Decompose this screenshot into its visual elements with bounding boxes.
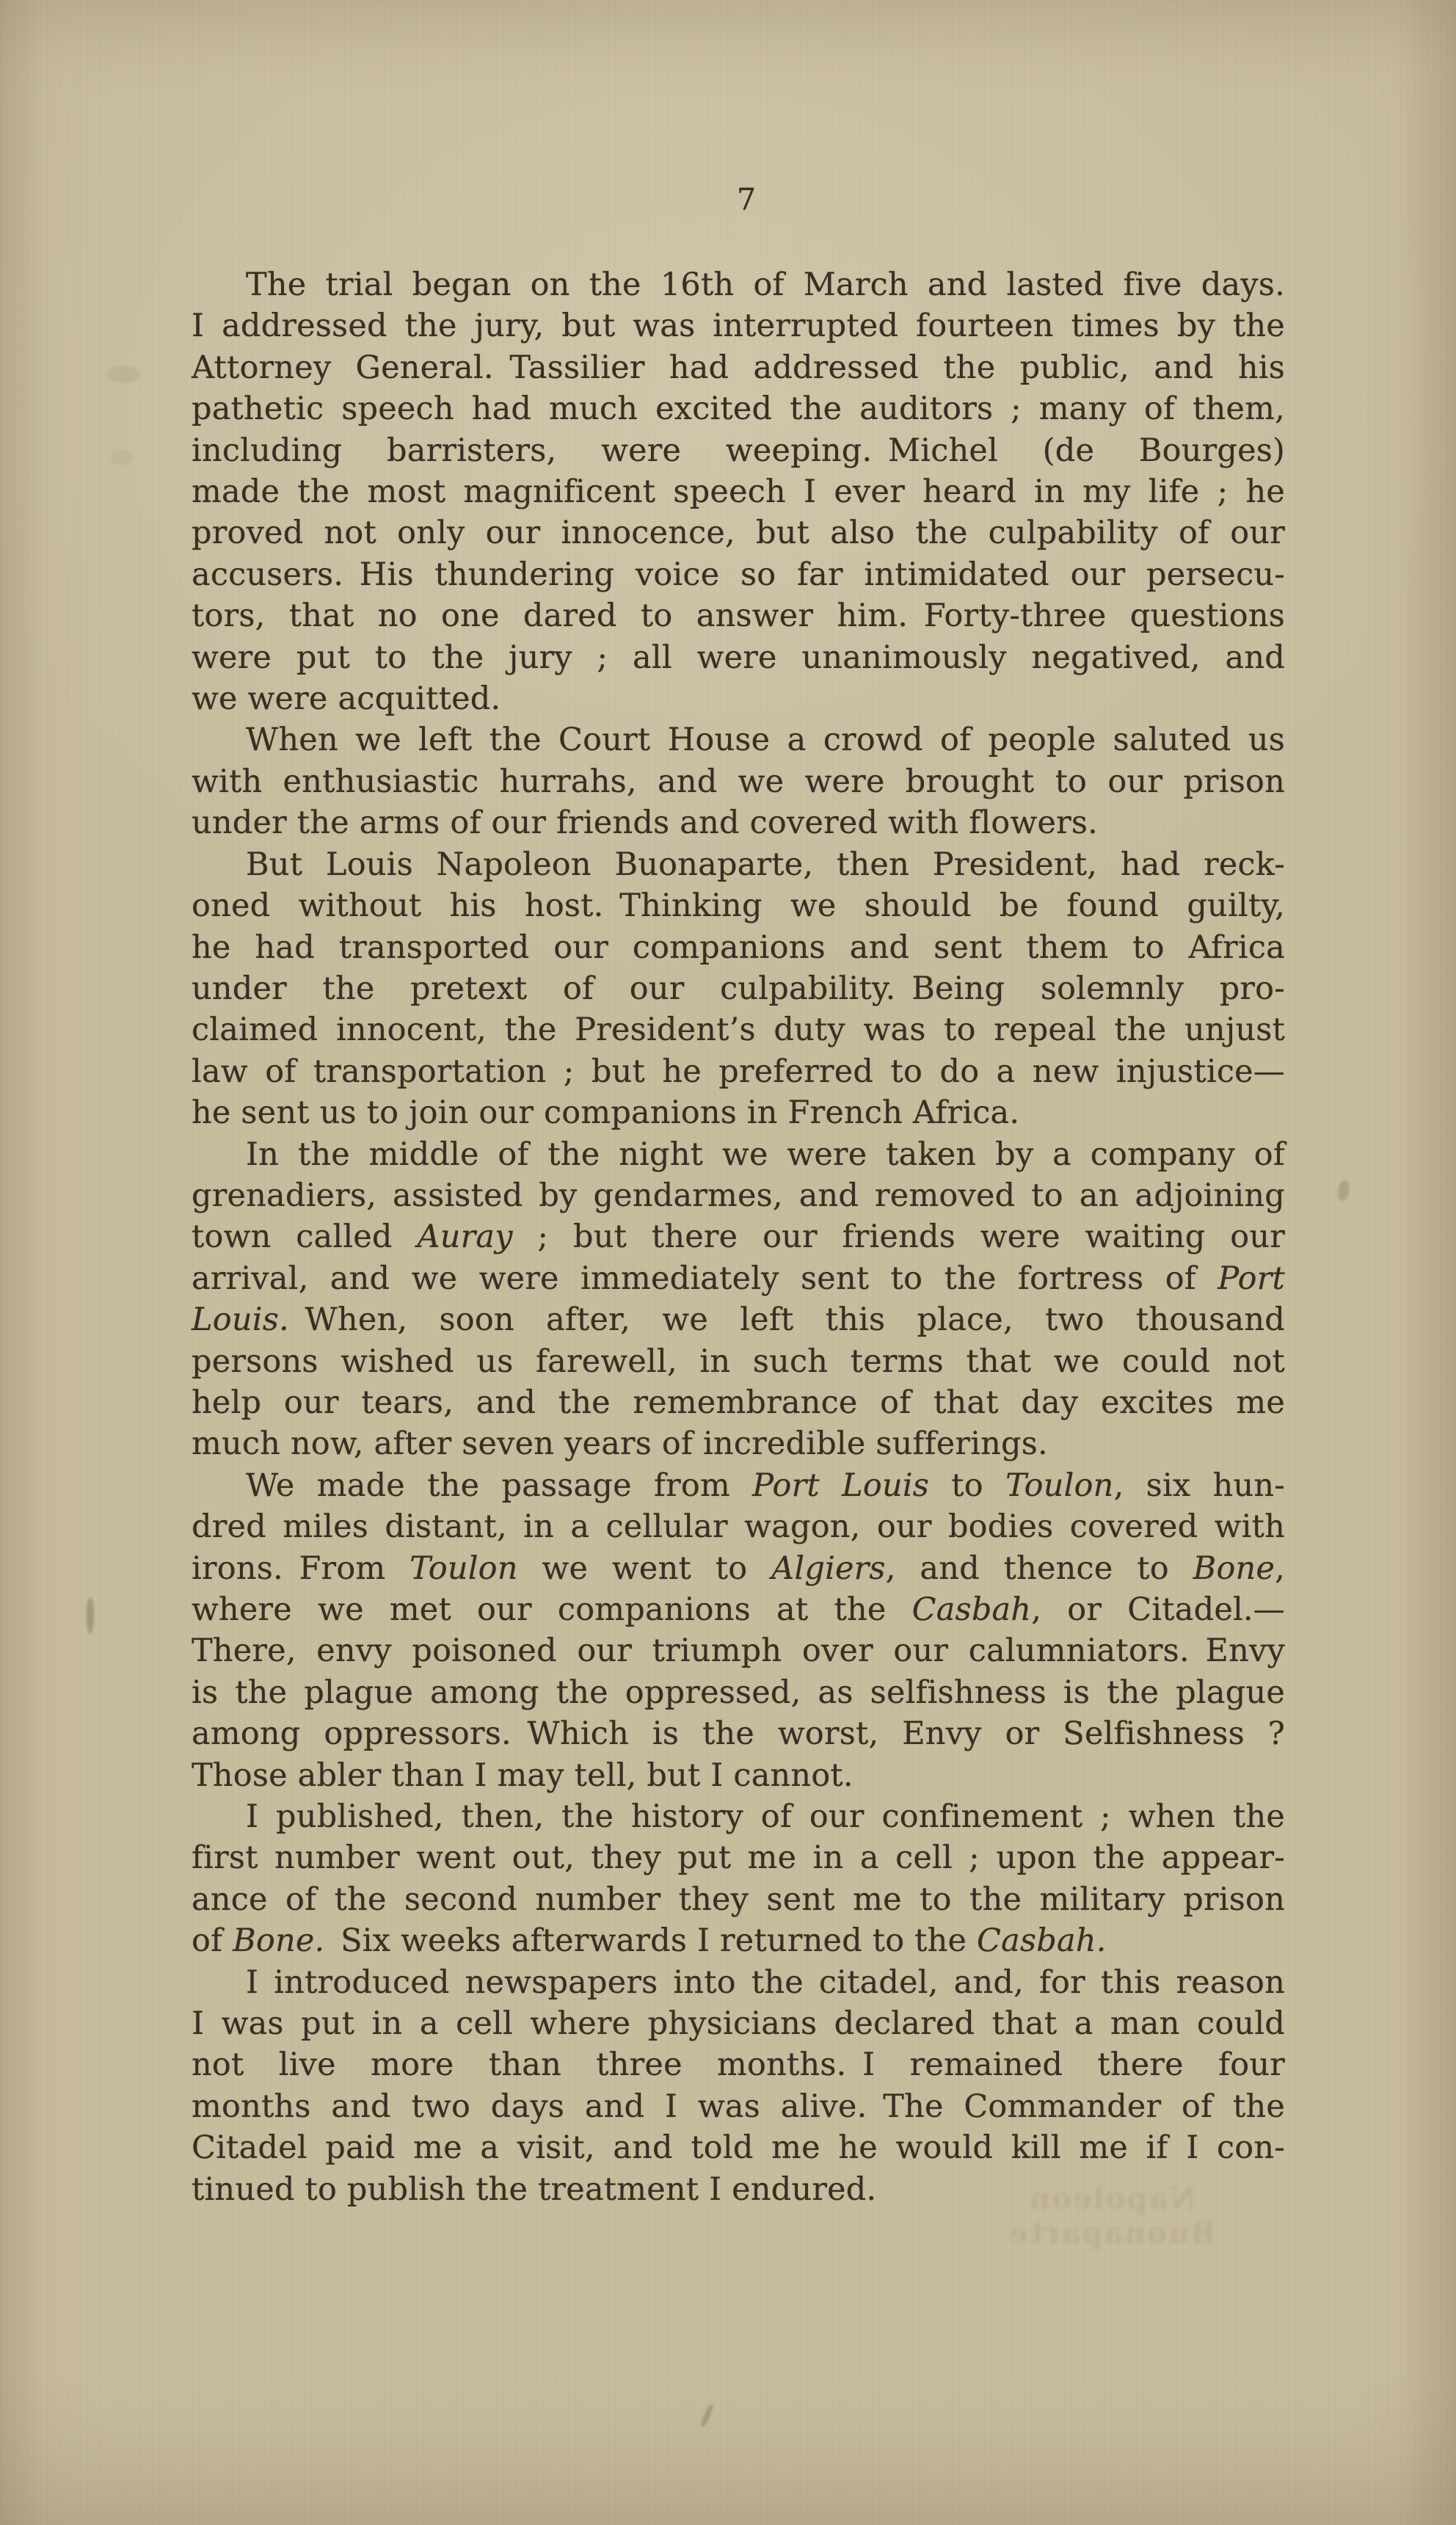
text-segment: of: [192, 1922, 233, 1959]
text-segment: made the most magnificent speech I ever …: [192, 473, 1285, 510]
text-line: We made the passage from Port Louis to T…: [192, 1465, 1285, 1506]
text-segment: , and thence to: [886, 1550, 1193, 1587]
text-line: Citadel paid me a visit, and told me he …: [192, 2127, 1285, 2168]
text-segment: tinued to publish the treatment I endure…: [192, 2171, 876, 2208]
paragraph: But Louis Napoleon Buonaparte, then Pres…: [192, 844, 1285, 1134]
italic-text-segment: Casbah.: [977, 1922, 1107, 1959]
text-line: I was put in a cell where physicians dec…: [192, 2003, 1285, 2044]
text-line: town called Auray ; but there our friend…: [192, 1216, 1285, 1257]
text-segment: first number went out, they put me in a …: [192, 1839, 1285, 1876]
italic-text-segment: Louis.: [192, 1301, 289, 1338]
scanned-book-page: 7 The trial began on the 16th of March a…: [0, 0, 1456, 2525]
text-segment: ,: [1275, 1550, 1285, 1587]
text-segment: When, soon after, we left this place, tw…: [289, 1301, 1285, 1338]
text-segment: where we met our companions at the: [192, 1591, 912, 1628]
text-segment: Attorney General. Tassilier had addresse…: [192, 349, 1285, 386]
text-line: accusers. His thundering voice so far in…: [192, 554, 1285, 595]
text-segment: including barristers, were weeping. Mich…: [192, 432, 1285, 469]
text-segment: In the middle of the night we were taken…: [246, 1136, 1285, 1173]
italic-text-segment: Auray: [417, 1218, 512, 1255]
text-line: There, envy poisoned our triumph over ou…: [192, 1630, 1285, 1671]
text-line: under the arms of our friends and covere…: [192, 802, 1285, 843]
text-segment: among oppressors. Which is the worst, En…: [192, 1715, 1285, 1752]
page-text-block: The trial began on the 16th of March and…: [192, 264, 1285, 2210]
text-segment: town called: [192, 1218, 417, 1255]
text-line: pathetic speech had much excited the aud…: [192, 388, 1285, 429]
text-segment: I addressed the jury, but was interrupte…: [192, 308, 1285, 344]
text-line: I published, then, the history of our co…: [192, 1796, 1285, 1837]
text-segment: proved not only our innocence, but also …: [192, 515, 1285, 551]
text-segment: help our tears, and the remembrance of t…: [192, 1384, 1285, 1421]
show-through-text: Napoleon Buonaparte: [939, 2181, 1284, 2250]
scan-speck: [107, 366, 139, 383]
text-segment: to: [929, 1467, 1005, 1504]
text-segment: accusers. His thundering voice so far in…: [192, 556, 1285, 593]
italic-text-segment: Bone: [1193, 1550, 1275, 1587]
text-line: When we left the Court House a crowd of …: [192, 719, 1285, 760]
text-segment: oned without his host. Thinking we shoul…: [192, 887, 1285, 924]
text-segment: ; but there our friends were waiting our: [513, 1218, 1285, 1255]
text-line: help our tears, and the remembrance of t…: [192, 1382, 1285, 1423]
text-segment: dred miles distant, in a cellular wagon,…: [192, 1508, 1285, 1545]
text-segment: pathetic speech had much excited the aud…: [192, 390, 1285, 427]
text-line: is the plague among the oppressed, as se…: [192, 1672, 1285, 1713]
text-segment: I introduced newspapers into the citadel…: [246, 1964, 1285, 2001]
text-line: of Bone. Six weeks afterwards I returned…: [192, 1920, 1285, 1961]
text-segment: under the arms of our friends and covere…: [192, 804, 1098, 841]
text-segment: law of transportation ; but he preferred…: [192, 1053, 1285, 1090]
text-line: dred miles distant, in a cellular wagon,…: [192, 1506, 1285, 1547]
text-segment: irons. From: [192, 1550, 409, 1587]
paragraph: When we left the Court House a crowd of …: [192, 719, 1285, 843]
italic-text-segment: Toulon: [1005, 1467, 1113, 1504]
text-segment: were put to the jury ; all were unanimou…: [192, 639, 1285, 676]
text-line: ance of the second number they sent me t…: [192, 1879, 1285, 1920]
text-segment: But Louis Napoleon Buonaparte, then Pres…: [246, 846, 1285, 883]
text-segment: claimed innocent, the President’s duty w…: [192, 1011, 1285, 1048]
italic-text-segment: Bone.: [233, 1922, 324, 1959]
text-line: grenadiers, assisted by gendarmes, and r…: [192, 1175, 1285, 1216]
text-segment: The trial began on the 16th of March and…: [246, 266, 1285, 303]
text-line: where we met our companions at the Casba…: [192, 1589, 1285, 1630]
text-segment: Those abler than I may tell, but I canno…: [192, 1757, 853, 1794]
text-line: arrival, and we were immediately sent to…: [192, 1258, 1285, 1299]
text-line: Louis. When, soon after, we left this pl…: [192, 1299, 1285, 1340]
text-segment: There, envy poisoned our triumph over ou…: [192, 1632, 1285, 1669]
text-line: under the pretext of our culpability. Be…: [192, 968, 1285, 1009]
italic-text-segment: Casbah: [912, 1591, 1032, 1628]
text-line: Those abler than I may tell, but I canno…: [192, 1755, 1285, 1796]
text-line: made the most magnificent speech I ever …: [192, 471, 1285, 512]
text-line: law of transportation ; but he preferred…: [192, 1051, 1285, 1092]
paragraph: The trial began on the 16th of March and…: [192, 264, 1285, 719]
italic-text-segment: Port Louis: [752, 1467, 929, 1504]
text-segment: I published, then, the history of our co…: [246, 1798, 1285, 1835]
paragraph: I published, then, the history of our co…: [192, 1796, 1285, 1962]
text-segment: Six weeks afterwards I returned to the: [324, 1922, 977, 1959]
page-number: 7: [713, 182, 779, 217]
text-line: proved not only our innocence, but also …: [192, 512, 1285, 553]
scan-speck: [110, 449, 132, 465]
text-segment: months and two days and I was alive. The…: [192, 2088, 1285, 2125]
italic-text-segment: Toulon: [409, 1550, 517, 1587]
text-segment: grenadiers, assisted by gendarmes, and r…: [192, 1177, 1285, 1214]
text-segment: we were acquitted.: [192, 680, 500, 717]
text-line: Attorney General. Tassilier had addresse…: [192, 347, 1285, 388]
text-segment: he sent us to join our companions in Fre…: [192, 1094, 1019, 1131]
text-segment: is the plague among the oppressed, as se…: [192, 1674, 1285, 1711]
text-segment: tors, that no one dared to answer him. F…: [192, 597, 1285, 634]
text-line: he had transported our companions and se…: [192, 927, 1285, 968]
text-line: not live more than three months. I remai…: [192, 2044, 1285, 2085]
text-line: I addressed the jury, but was interrupte…: [192, 305, 1285, 346]
text-segment: persons wished us farewell, in such term…: [192, 1343, 1285, 1380]
scan-speck: [87, 1597, 94, 1634]
italic-text-segment: Algiers: [771, 1550, 886, 1587]
text-segment: much now, after seven years of incredibl…: [192, 1425, 1048, 1462]
text-line: irons. From Toulon we went to Algiers, a…: [192, 1548, 1285, 1589]
text-segment: We made the passage from: [246, 1467, 752, 1504]
text-segment: , or Citadel.—: [1031, 1591, 1285, 1628]
text-line: I introduced newspapers into the citadel…: [192, 1962, 1285, 2003]
text-line: with enthusiastic hurrahs, and we were b…: [192, 761, 1285, 802]
text-segment: not live more than three months. I remai…: [192, 2046, 1285, 2083]
text-line: claimed innocent, the President’s duty w…: [192, 1009, 1285, 1050]
text-line: persons wished us farewell, in such term…: [192, 1341, 1285, 1382]
text-line: including barristers, were weeping. Mich…: [192, 430, 1285, 471]
text-segment: Citadel paid me a visit, and told me he …: [192, 2129, 1285, 2166]
text-segment: I was put in a cell where physicians dec…: [192, 2005, 1285, 2042]
text-line: The trial began on the 16th of March and…: [192, 264, 1285, 305]
text-line: were put to the jury ; all were unanimou…: [192, 637, 1285, 678]
text-segment: under the pretext of our culpability. Be…: [192, 970, 1285, 1007]
paragraph: In the middle of the night we were taken…: [192, 1134, 1285, 1465]
text-line: months and two days and I was alive. The…: [192, 2086, 1285, 2127]
text-line: tors, that no one dared to answer him. F…: [192, 595, 1285, 636]
text-line: among oppressors. Which is the worst, En…: [192, 1713, 1285, 1754]
text-line: But Louis Napoleon Buonaparte, then Pres…: [192, 844, 1285, 885]
text-segment: with enthusiastic hurrahs, and we were b…: [192, 763, 1285, 800]
text-segment: arrival, and we were immediately sent to…: [192, 1260, 1217, 1297]
text-line: In the middle of the night we were taken…: [192, 1134, 1285, 1175]
text-segment: he had transported our companions and se…: [192, 929, 1285, 966]
text-segment: we went to: [518, 1550, 771, 1587]
scan-speck: [699, 2403, 714, 2428]
text-line: we were acquitted.: [192, 678, 1285, 719]
scan-speck: [1336, 1180, 1351, 1202]
text-line: he sent us to join our companions in Fre…: [192, 1092, 1285, 1133]
text-segment: ance of the second number they sent me t…: [192, 1881, 1285, 1918]
text-segment: , six hun-: [1114, 1467, 1285, 1504]
text-line: much now, after seven years of incredibl…: [192, 1423, 1285, 1464]
text-line: first number went out, they put me in a …: [192, 1837, 1285, 1878]
text-segment: When we left the Court House a crowd of …: [246, 722, 1285, 758]
italic-text-segment: Port: [1217, 1260, 1285, 1297]
text-line: oned without his host. Thinking we shoul…: [192, 885, 1285, 926]
paragraph: I introduced newspapers into the citadel…: [192, 1962, 1285, 2210]
paragraph: We made the passage from Port Louis to T…: [192, 1465, 1285, 1796]
